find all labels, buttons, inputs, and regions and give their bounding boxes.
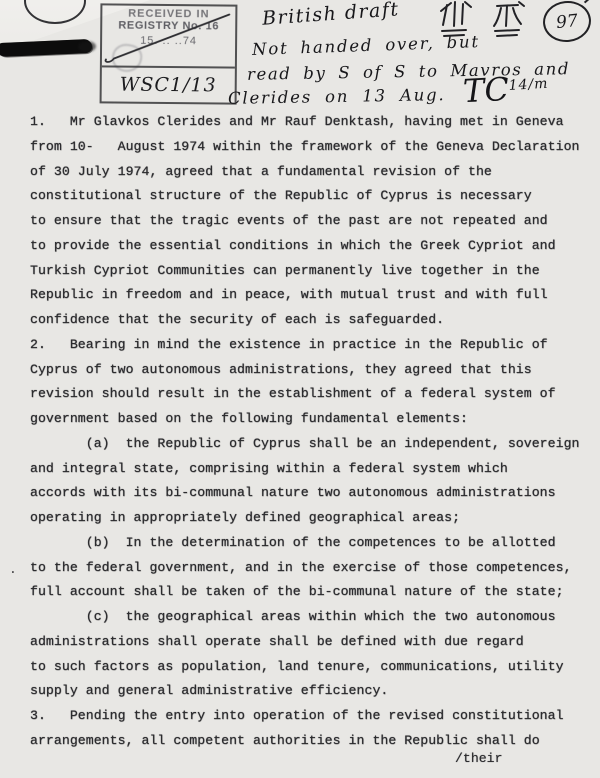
body-line: to such factors as population, land tenu… xyxy=(30,655,590,680)
handwritten-title: British draft xyxy=(261,0,400,30)
body-line: 1. Mr Glavkos Clerides and Mr Rauf Denkt… xyxy=(30,110,590,135)
stamp-upper-section: RECEIVED IN REGISTRY No. 16 15. .. ..74 xyxy=(102,5,236,68)
typewritten-body: 1. Mr Glavkos Clerides and Mr Rauf Denkt… xyxy=(30,110,590,754)
body-line: supply and general administrative effici… xyxy=(30,679,590,704)
body-line: and integral state, comprising within a … xyxy=(30,457,590,482)
scribble-mark-icon xyxy=(490,0,526,40)
stamp-diagonal-strike xyxy=(102,5,236,64)
body-line: accords with its bi-communal nature two … xyxy=(30,481,590,506)
body-line: Cyprus of two autonomous administrations… xyxy=(30,358,590,383)
body-line: government based on the following fundam… xyxy=(30,407,590,432)
scribble-marks xyxy=(438,0,526,40)
body-line: Republic in freedom and in peace, with m… xyxy=(30,283,590,308)
body-line: of 30 July 1974, agreed that a fundament… xyxy=(30,160,590,185)
body-line: to provide the essential conditions in w… xyxy=(30,234,590,259)
registry-stamp: RECEIVED IN REGISTRY No. 16 15. .. ..74 … xyxy=(100,3,238,104)
stray-margin-dot: . xyxy=(9,562,17,577)
initials-date: 14/m xyxy=(508,76,549,94)
continuation-marker: /their xyxy=(455,751,502,766)
circled-page-number: 97 xyxy=(541,0,593,44)
body-line: 2. Bearing in mind the existence in prac… xyxy=(30,333,590,358)
body-line: to the federal government, and in the ex… xyxy=(30,556,590,581)
handwritten-initials: TC14/m xyxy=(462,68,550,110)
body-line: full account shall be taken of the bi-co… xyxy=(30,580,590,605)
body-line: to ensure that the tragic events of the … xyxy=(30,209,590,234)
page-number-value: 97 xyxy=(555,10,579,32)
body-line: arrangements, all competent authorities … xyxy=(30,729,590,754)
body-line: constitutional structure of the Republic… xyxy=(30,184,590,209)
body-line: operating in appropriately defined geogr… xyxy=(30,506,590,531)
initials-monogram: TC xyxy=(462,70,510,110)
body-line: 3. Pending the entry into operation of t… xyxy=(30,704,590,729)
redaction-mark xyxy=(0,39,92,57)
body-line: administrations shall operate shall be d… xyxy=(30,630,590,655)
body-line: (c) the geographical areas within which … xyxy=(30,605,590,630)
body-line: Turkish Cypriot Communities can permanen… xyxy=(30,259,590,284)
partial-circle-mark xyxy=(24,0,86,24)
body-line: (b) In the determination of the competen… xyxy=(30,531,590,556)
scanned-document-page: RECEIVED IN REGISTRY No. 16 15. .. ..74 … xyxy=(0,0,600,778)
scribble-mark-icon xyxy=(438,0,472,40)
stamp-reference: WSC1/13 xyxy=(102,67,235,96)
handwritten-note-line3: Clerides on 13 Aug. xyxy=(228,85,446,108)
body-line: from 10- August 1974 within the framewor… xyxy=(30,135,590,160)
body-line: (a) the Republic of Cyprus shall be an i… xyxy=(30,432,590,457)
body-line: revision should result in the establishm… xyxy=(30,382,590,407)
body-line: confidence that the security of each is … xyxy=(30,308,590,333)
